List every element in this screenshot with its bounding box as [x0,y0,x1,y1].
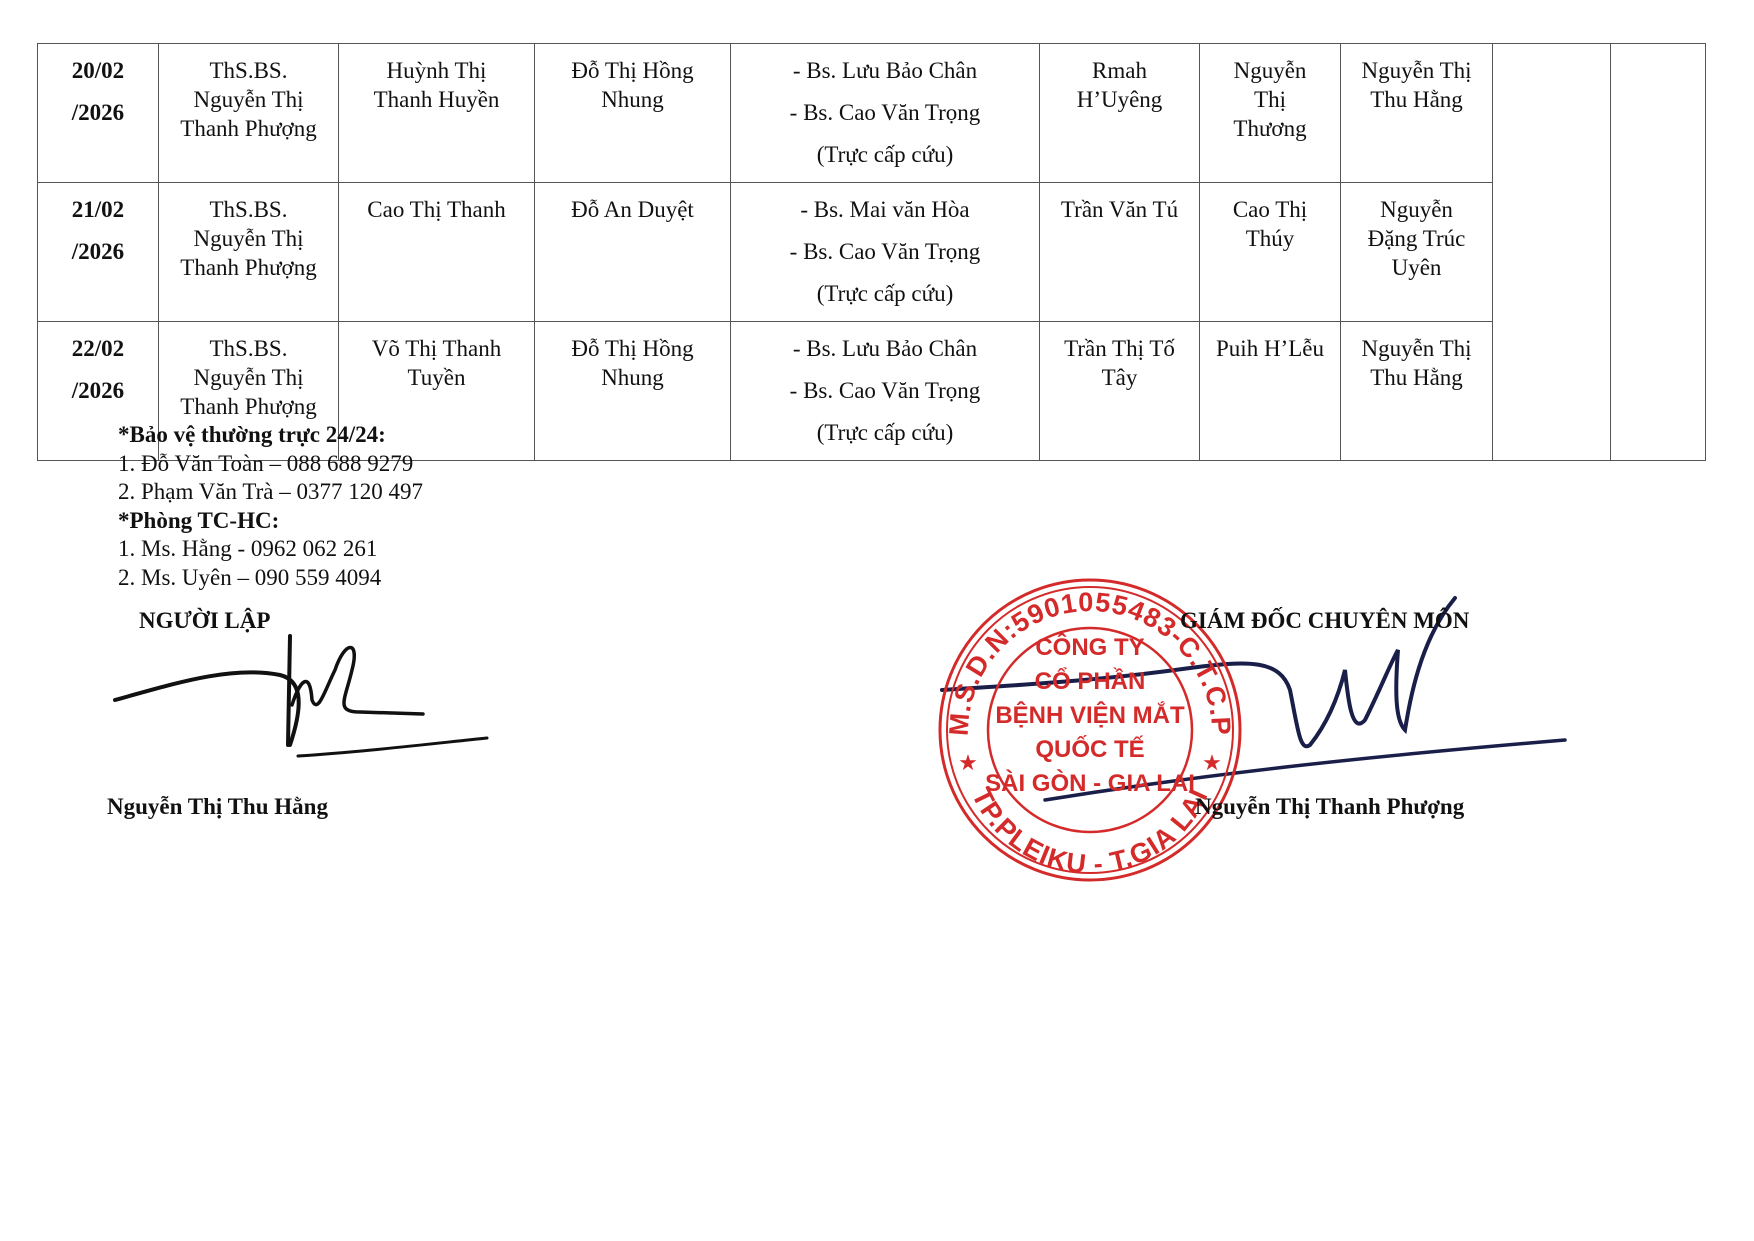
cell-line: - Bs. Lưu Bảo Chân [737,50,1033,92]
staff-cell-3: Trần Văn Tú [1040,183,1200,322]
staff-cell-4: Puih H’Lễu [1200,322,1341,461]
admin-heading: *Phòng TC-HC: [118,507,423,536]
cell-line: Nguyễn Thị [165,363,332,392]
cell-line: Nguyễn Thị [1347,334,1486,363]
cell-line: Thanh Huyền [345,85,528,114]
cell-line: Nguyễn Thị [165,85,332,114]
cell-line: /2026 [44,370,152,412]
security-heading: *Bảo vệ thường trực 24/24: [118,421,423,450]
cell-line: 21/02 [44,189,152,231]
cell-line: Nguyễn [1347,195,1486,224]
cell-line: Thương [1206,114,1334,143]
cell-line: (Trực cấp cứu) [737,412,1033,454]
cell-line: - Bs. Mai văn Hòa [737,189,1033,231]
preparer-title: NGƯỜI LẬP [139,608,270,634]
preparer-signature [115,636,487,756]
date-cell: 21/02/2026 [38,183,159,322]
cell-line: Cao Thị [1206,195,1334,224]
staff-cell-5: NguyễnĐặng TrúcUyên [1341,183,1493,322]
admin-contact-2: 2. Ms. Uyên – 090 559 4094 [118,564,423,593]
stamp-line: QUỐC TẾ [1035,735,1144,763]
svg-text:★: ★ [1202,750,1222,775]
cell-line: 20/02 [44,50,152,92]
staff-cell-5: Nguyễn ThịThu Hằng [1341,322,1493,461]
cell-line: /2026 [44,231,152,273]
security-contact-1: 1. Đỗ Văn Toàn – 088 688 9279 [118,450,423,479]
doctors-cell: - Bs. Lưu Bảo Chân- Bs. Cao Văn Trọng(Tr… [731,322,1040,461]
cell-line: Thanh Phượng [165,114,332,143]
cell-line: Thanh Phượng [165,392,332,421]
cell-line: Nguyễn [1206,56,1334,85]
director-cell: ThS.BS.Nguyễn ThịThanh Phượng [159,44,339,183]
cell-line: Tây [1046,363,1193,392]
cell-line: Đỗ Thị Hồng [541,334,724,363]
cell-line: H’Uyêng [1046,85,1193,114]
cell-line: - Bs. Cao Văn Trọng [737,370,1033,412]
cell-line: ThS.BS. [165,195,332,224]
cell-line: Nguyễn Thị [165,224,332,253]
preparer-name: Nguyễn Thị Thu Hằng [107,794,328,820]
cell-line: Thu Hằng [1347,363,1486,392]
staff-cell-1: Huỳnh ThịThanh Huyền [339,44,535,183]
cell-line: - Bs. Lưu Bảo Chân [737,328,1033,370]
cell-line: (Trực cấp cứu) [737,134,1033,176]
staff-cell-3: RmahH’Uyêng [1040,44,1200,183]
cell-line: Trần Thị Tố [1046,334,1193,363]
cell-line: Đặng Trúc [1347,224,1486,253]
cell-line: Đỗ An Duyệt [541,195,724,224]
contact-notes: *Bảo vệ thường trực 24/24: 1. Đỗ Văn Toà… [118,421,423,592]
cell-line: Rmah [1046,56,1193,85]
svg-text:★: ★ [958,750,978,775]
cell-line: Nhung [541,363,724,392]
security-contact-2: 2. Phạm Văn Trà – 0377 120 497 [118,478,423,507]
cell-line: (Trực cấp cứu) [737,273,1033,315]
director-name: Nguyễn Thị Thanh Phượng [1195,794,1464,820]
cell-line: Nhung [541,85,724,114]
stamp-line: SÀI GÒN - GIA LAI [985,769,1195,797]
cell-line: Uyên [1347,253,1486,282]
cell-line: Thanh Phượng [165,253,332,282]
admin-contact-1: 1. Ms. Hằng - 0962 062 261 [118,535,423,564]
cell-line: Thị [1206,85,1334,114]
cell-line: Puih H’Lễu [1206,334,1334,363]
cell-line: - Bs. Cao Văn Trọng [737,231,1033,273]
cell-line: Huỳnh Thị [345,56,528,85]
cell-line: - Bs. Cao Văn Trọng [737,92,1033,134]
svg-text:TP.PLEIKU - T.GIA LAI: TP.PLEIKU - T.GIA LAI [966,783,1214,879]
staff-cell-2: Đỗ Thị HồngNhung [535,322,731,461]
staff-cell-3: Trần Thị TốTây [1040,322,1200,461]
merged-empty-cell [1611,44,1706,461]
cell-line: Nguyễn Thị [1347,56,1486,85]
cell-line: Trần Văn Tú [1046,195,1193,224]
staff-cell-2: Đỗ An Duyệt [535,183,731,322]
staff-cell-5: Nguyễn ThịThu Hằng [1341,44,1493,183]
cell-line: Cao Thị Thanh [345,195,528,224]
director-title: GIÁM ĐỐC CHUYÊN MÔN [1180,608,1469,634]
doctors-cell: - Bs. Mai văn Hòa- Bs. Cao Văn Trọng(Trự… [731,183,1040,322]
director-cell: ThS.BS.Nguyễn ThịThanh Phượng [159,183,339,322]
cell-line: 22/02 [44,328,152,370]
doctors-cell: - Bs. Lưu Bảo Chân- Bs. Cao Văn Trọng(Tr… [731,44,1040,183]
cell-line: /2026 [44,92,152,134]
staff-cell-4: Cao ThịThúy [1200,183,1341,322]
date-cell: 20/02/2026 [38,44,159,183]
cell-line: ThS.BS. [165,334,332,363]
staff-cell-2: Đỗ Thị HồngNhung [535,44,731,183]
merged-empty-cell [1493,44,1611,461]
cell-line: Thúy [1206,224,1334,253]
stamp-line: CÔNG TY [1035,633,1144,661]
table-row: 20/02/2026ThS.BS.Nguyễn ThịThanh PhượngH… [38,44,1706,183]
cell-line: Đỗ Thị Hồng [541,56,724,85]
staff-cell-4: NguyễnThịThương [1200,44,1341,183]
duty-schedule-table: 20/02/2026ThS.BS.Nguyễn ThịThanh PhượngH… [37,43,1706,461]
cell-line: Võ Thị Thanh [345,334,528,363]
table-row: 21/02/2026ThS.BS.Nguyễn ThịThanh PhượngC… [38,183,1706,322]
stamp-line: CỔ PHẦN [1035,667,1146,695]
cell-line: Thu Hằng [1347,85,1486,114]
cell-line: ThS.BS. [165,56,332,85]
staff-cell-1: Cao Thị Thanh [339,183,535,322]
stamp-line: BỆNH VIỆN MẮT [995,701,1185,729]
cell-line: Tuyền [345,363,528,392]
